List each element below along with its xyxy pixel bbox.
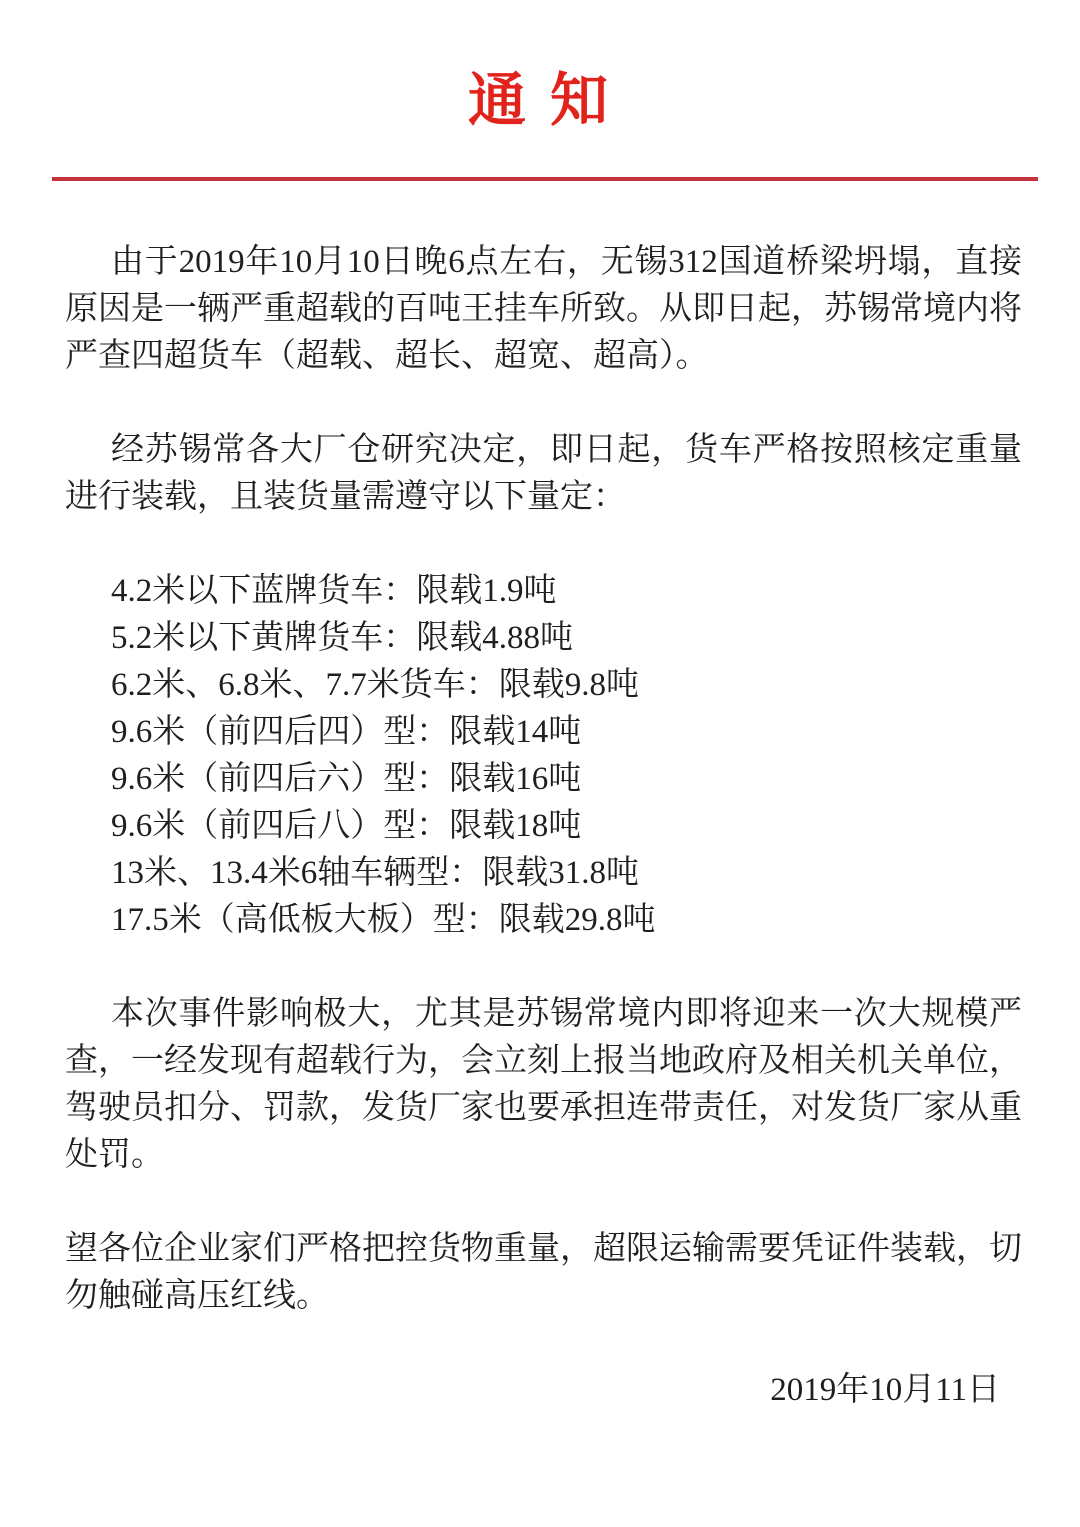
- load-limit-item: 9.6米（前四后四）型：限载14吨: [111, 709, 1022, 756]
- load-limit-item: 17.5米（高低板大板）型：限载29.8吨: [111, 897, 1022, 944]
- notice-document: 通 知 由于2019年10月10日晚6点左右，无锡312国道桥梁坍塌，直接原因是…: [0, 0, 1080, 1527]
- paragraph-incident: 由于2019年10月10日晚6点左右，无锡312国道桥梁坍塌，直接原因是一辆严重…: [65, 239, 1022, 380]
- load-limit-item: 4.2米以下蓝牌货车：限载1.9吨: [111, 568, 1022, 615]
- load-limit-item: 6.2米、6.8米、7.7米货车：限载9.8吨: [111, 662, 1022, 709]
- paragraph-policy: 经苏锡常各大厂仓研究决定，即日起，货车严格按照核定重量进行装载，且装货量需遵守以…: [65, 427, 1022, 521]
- load-limit-list: 4.2米以下蓝牌货车：限载1.9吨 5.2米以下黄牌货车：限载4.88吨 6.2…: [65, 568, 1022, 944]
- paragraph-advice: 望各位企业家们严格把控货物重量，超限运输需要凭证件装载，切勿触碰高压红线。: [65, 1226, 1022, 1320]
- load-limit-item: 5.2米以下黄牌货车：限载4.88吨: [111, 615, 1022, 662]
- load-limit-item: 13米、13.4米6轴车辆型：限载31.8吨: [111, 850, 1022, 897]
- load-limit-item: 9.6米（前四后八）型：限载18吨: [111, 803, 1022, 850]
- notice-body: 由于2019年10月10日晚6点左右，无锡312国道桥梁坍塌，直接原因是一辆严重…: [65, 239, 1022, 1414]
- load-limit-item: 9.6米（前四后六）型：限载16吨: [111, 756, 1022, 803]
- notice-date: 2019年10月11日: [65, 1367, 1022, 1414]
- paragraph-consequences: 本次事件影响极大，尤其是苏锡常境内即将迎来一次大规模严查，一经发现有超载行为，会…: [65, 991, 1022, 1179]
- title-divider: [52, 177, 1038, 181]
- page-title: 通 知: [0, 64, 1080, 138]
